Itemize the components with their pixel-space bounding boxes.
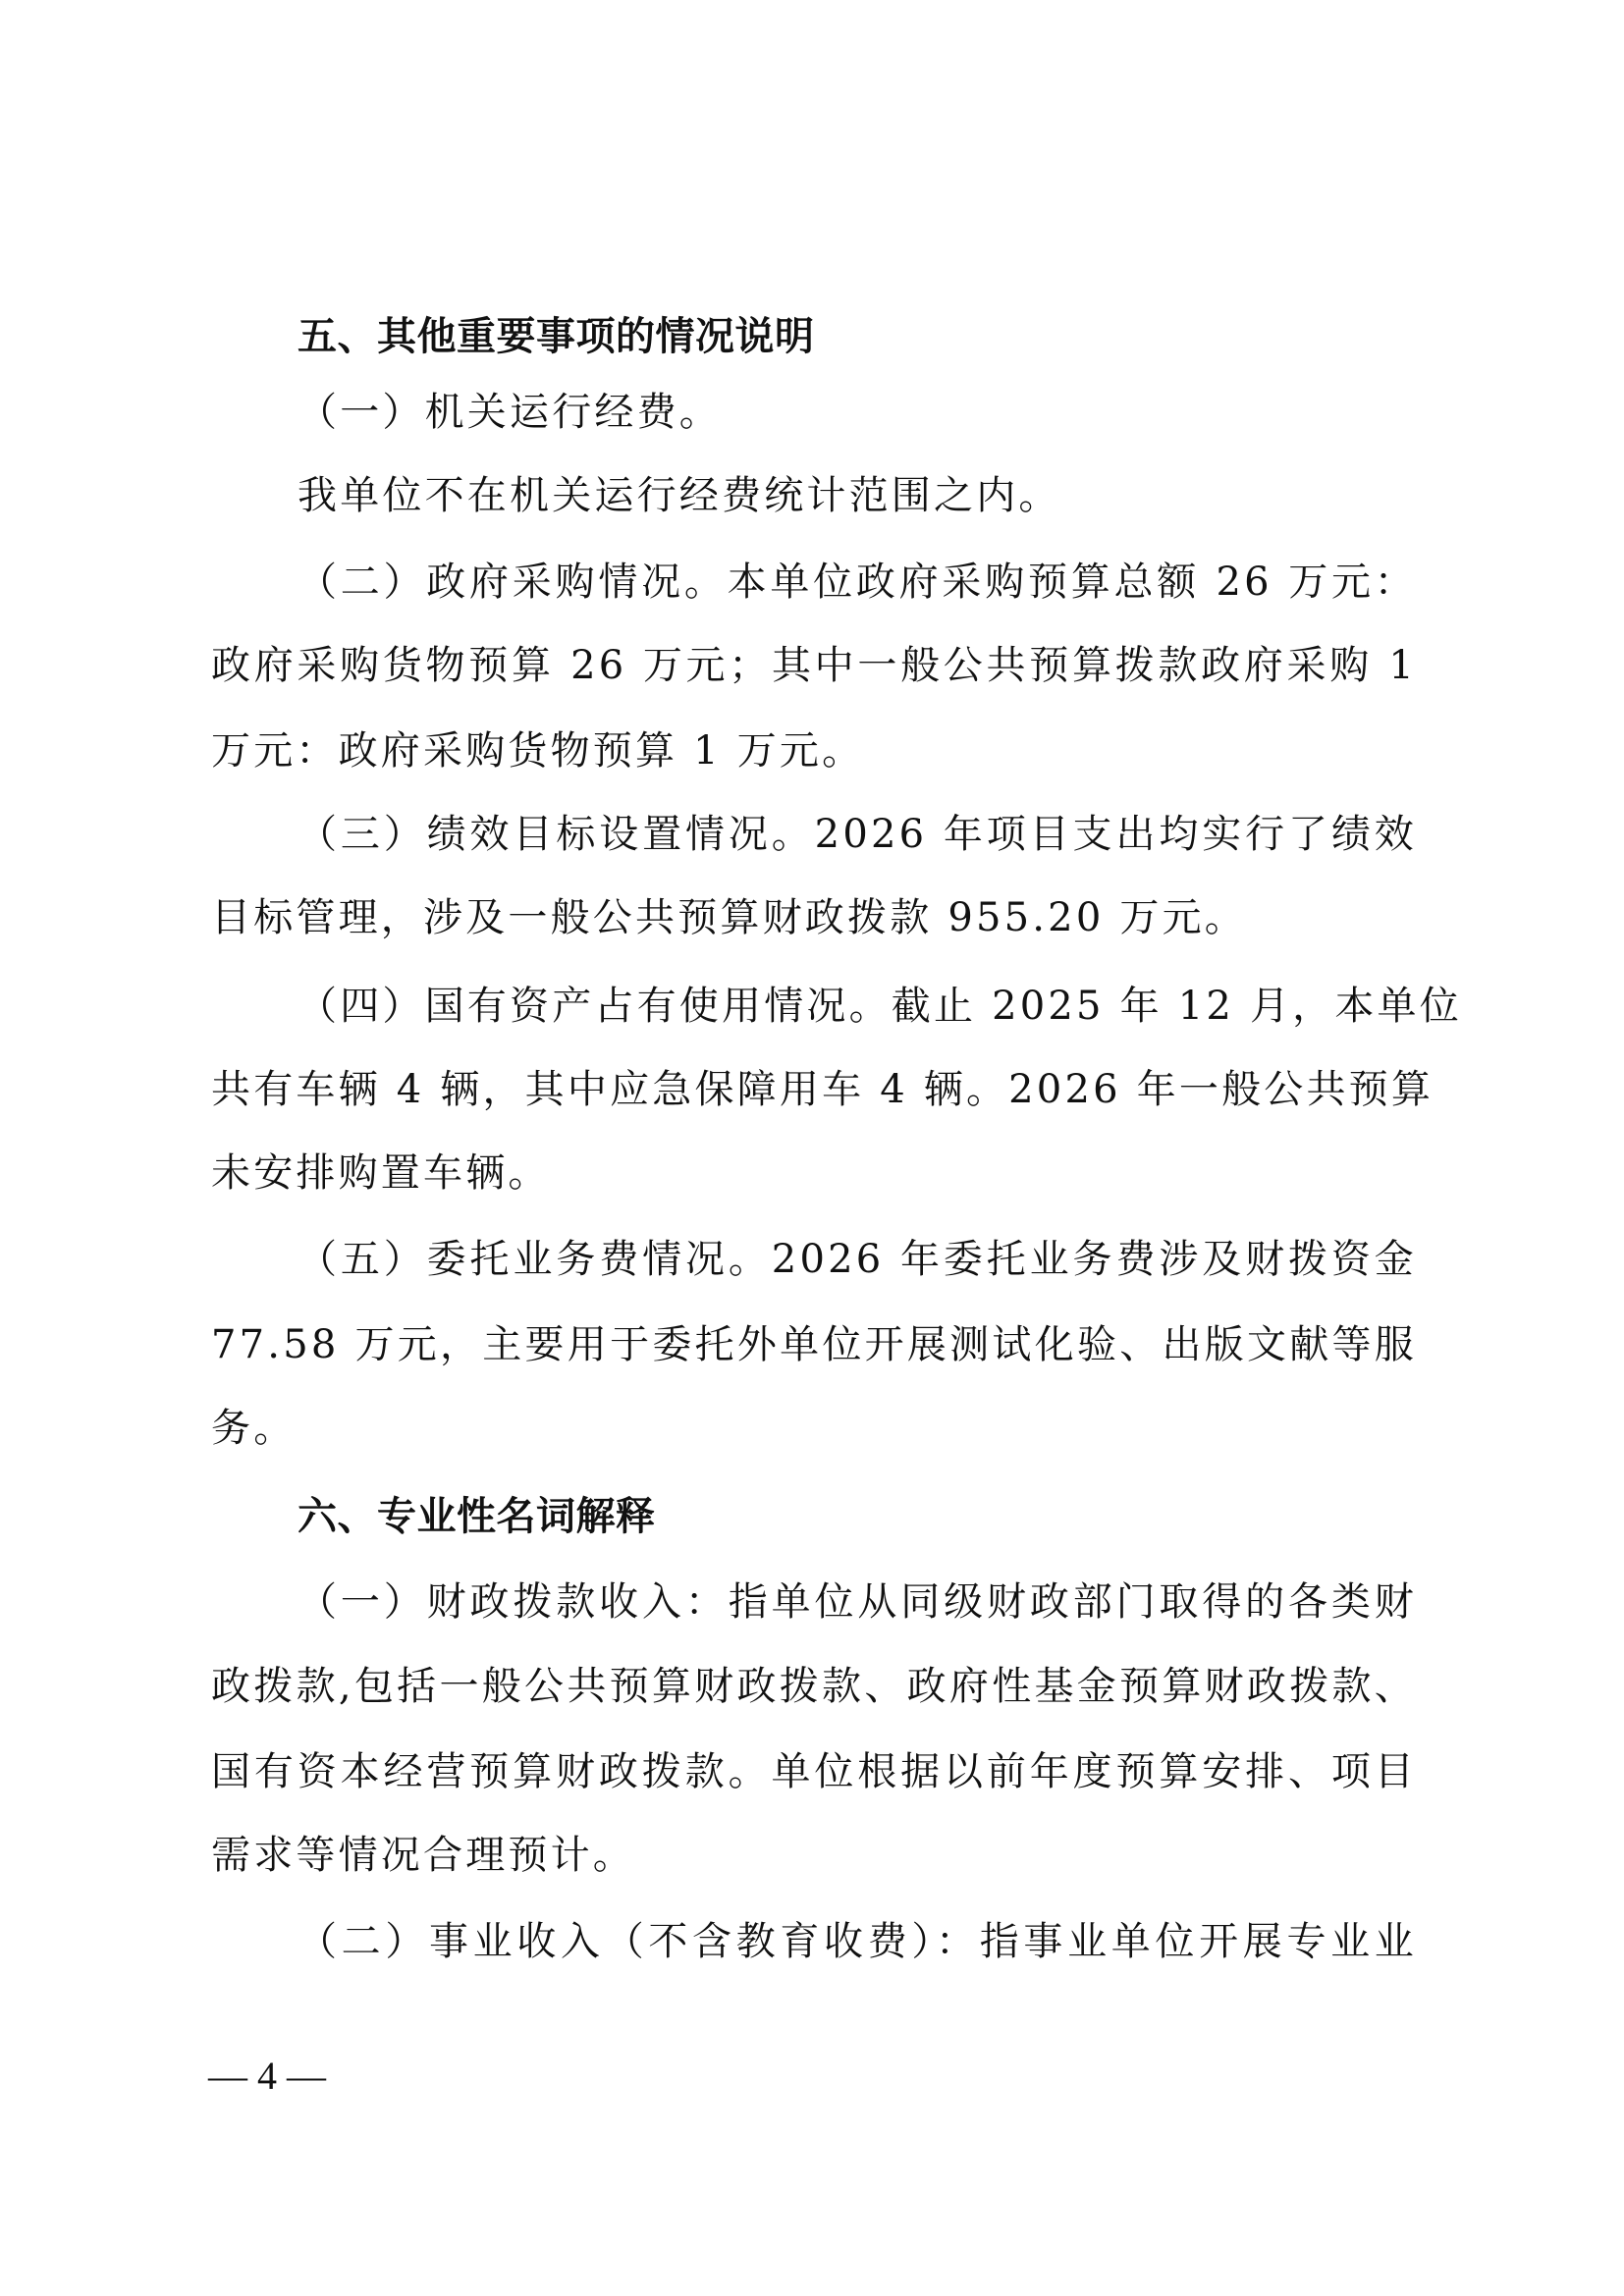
paragraph-line: 政拨款,包括一般公共预算财政拨款、政府性基金预算财政拨款、 [211,1659,1417,1714]
section-heading-other-matters: 五、其他重要事项的情况说明 [298,309,1417,364]
paragraph-line: 共有车辆 4 辆，其中应急保障用车 4 辆。2026 年一般公共预算 [211,1062,1417,1117]
document-page: 五、其他重要事项的情况说明 （一）机关运行经费。 我单位不在机关运行经费统计范围… [0,0,1624,2296]
page-number: — 4 — [208,2055,326,2098]
paragraph-line: 目标管理，涉及一般公共预算财政拨款 955.20 万元。 [211,890,1417,945]
paragraph-line-commissioned-services: （五）委托业务费情况。2026 年委托业务费涉及财拨资金 [298,1232,1417,1287]
paragraph-line: 未安排购置车辆。 [211,1146,1417,1201]
paragraph-line-performance-targets: （三）绩效目标设置情况。2026 年项目支出均实行了绩效 [298,807,1417,862]
paragraph-line: 政府采购货物预算 26 万元；其中一般公共预算拨款政府采购 1 [211,638,1417,693]
paragraph-line: 我单位不在机关运行经费统计范围之内。 [298,468,1417,523]
paragraph-line-business-income: （二）事业收入（不含教育收费）：指事业单位开展专业业 [298,1914,1417,1969]
paragraph-line: 77.58 万元，主要用于委托外单位开展测试化验、出版文献等服 [211,1317,1417,1372]
subsection-title-operating-expenses: （一）机关运行经费。 [298,385,1417,440]
paragraph-line: 需求等情况合理预计。 [211,1828,1417,1883]
paragraph-line: 务。 [211,1401,1417,1456]
section-heading-terminology: 六、专业性名词解释 [298,1489,1417,1544]
paragraph-line-fiscal-appropriation: （一）财政拨款收入：指单位从同级财政部门取得的各类财 [298,1575,1417,1629]
paragraph-line: 万元：政府采购货物预算 1 万元。 [211,723,1417,778]
paragraph-line-procurement: （二）政府采购情况。本单位政府采购预算总额 26 万元： [298,555,1417,610]
paragraph-line-state-assets: （四）国有资产占有使用情况。截止 2025 年 12 月，本单位 [298,979,1417,1034]
paragraph-line: 国有资本经营预算财政拨款。单位根据以前年度预算安排、项目 [211,1744,1417,1799]
